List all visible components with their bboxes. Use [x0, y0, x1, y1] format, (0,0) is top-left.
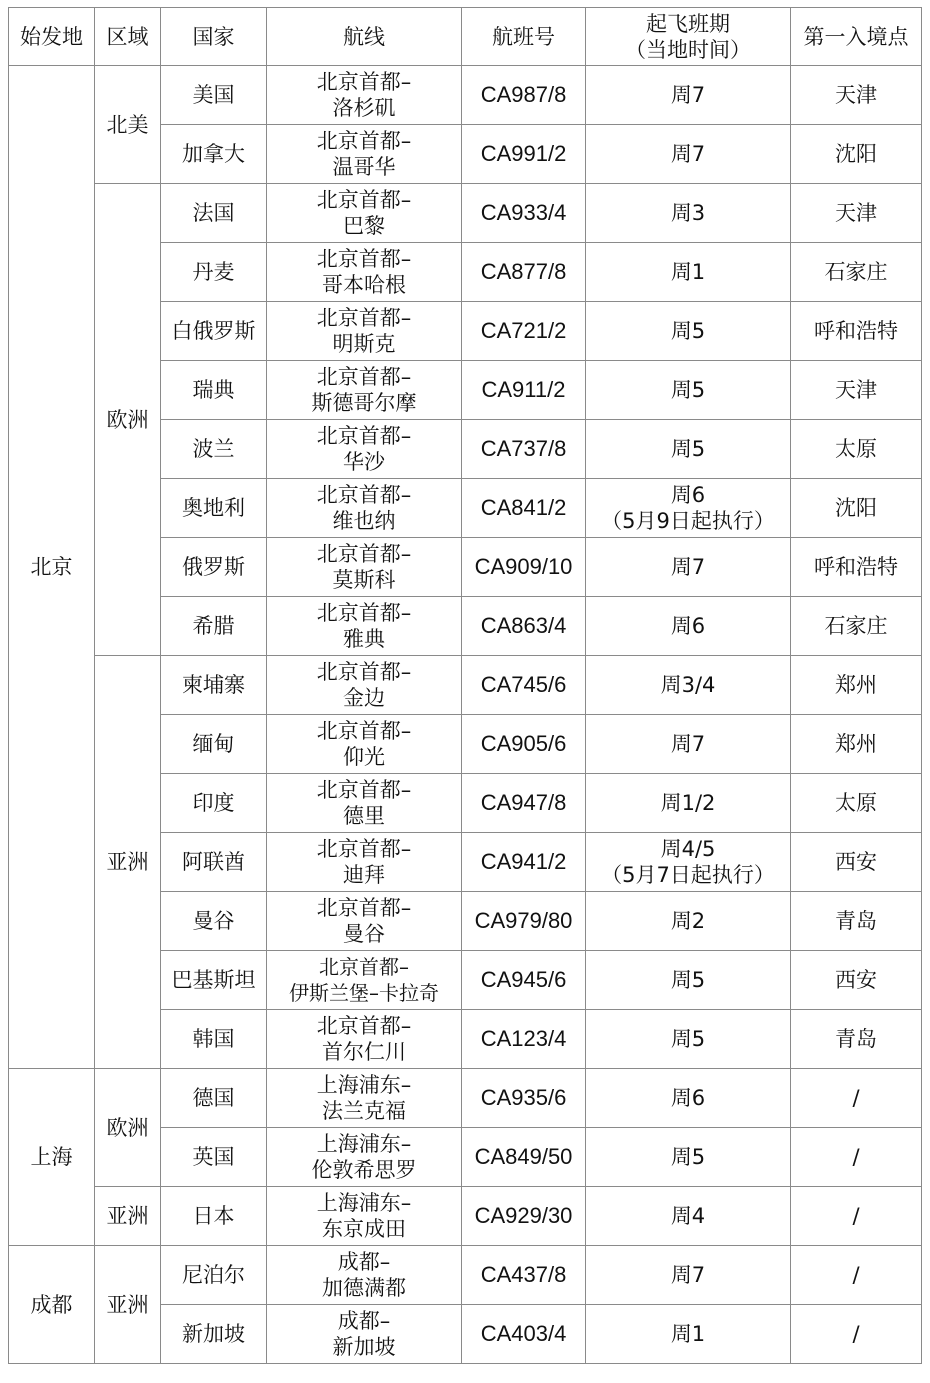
- schedule-cell: 周4: [586, 1187, 791, 1246]
- schedule-cell: 周7: [586, 66, 791, 125]
- flight-schedule-table-wrapper: 始发地 区域 国家 航线 航班号 起飞班期 （当地时间） 第一入境点 北京北美美…: [8, 7, 922, 1364]
- origin-cell: 上海: [9, 1069, 95, 1246]
- route-to: 伦敦希思罗: [269, 1157, 459, 1183]
- route-to: 德里: [269, 803, 459, 829]
- first-entry-cell: /: [791, 1246, 922, 1305]
- schedule-days: 周4/5: [588, 836, 788, 862]
- table-row: 亚洲日本上海浦东–东京成田CA929/30周4/: [9, 1187, 922, 1246]
- schedule-cell: 周5: [586, 302, 791, 361]
- schedule-days: 周5: [588, 1144, 788, 1170]
- route-from: 北京首都–: [269, 541, 459, 567]
- schedule-cell: 周5: [586, 1128, 791, 1187]
- flight-number-cell: CA721/2: [462, 302, 586, 361]
- schedule-days: 周5: [588, 1026, 788, 1052]
- route-to: 温哥华: [269, 154, 459, 180]
- schedule-cell: 周3/4: [586, 656, 791, 715]
- schedule-days: 周7: [588, 731, 788, 757]
- route-cell: 上海浦东–伦敦希思罗: [267, 1128, 462, 1187]
- route-from: 北京首都–: [269, 187, 459, 213]
- schedule-days: 周5: [588, 318, 788, 344]
- country-cell: 阿联酋: [161, 833, 267, 892]
- schedule-cell: 周3: [586, 184, 791, 243]
- route-cell: 北京首都–斯德哥尔摩: [267, 361, 462, 420]
- header-region: 区域: [95, 8, 161, 66]
- schedule-cell: 周1: [586, 1305, 791, 1364]
- route-from: 北京首都–: [269, 482, 459, 508]
- header-schedule-line1: 起飞班期: [588, 11, 788, 37]
- flight-number-cell: CA933/4: [462, 184, 586, 243]
- flight-number-cell: CA863/4: [462, 597, 586, 656]
- country-cell: 波兰: [161, 420, 267, 479]
- route-to: 雅典: [269, 626, 459, 652]
- flight-number-cell: CA841/2: [462, 479, 586, 538]
- first-entry-cell: 青岛: [791, 1010, 922, 1069]
- first-entry-cell: 西安: [791, 951, 922, 1010]
- country-cell: 曼谷: [161, 892, 267, 951]
- flight-number-cell: CA987/8: [462, 66, 586, 125]
- route-to: 曼谷: [269, 921, 459, 947]
- route-to: 加德满都: [269, 1275, 459, 1301]
- schedule-days: 周6: [588, 613, 788, 639]
- first-entry-cell: 天津: [791, 184, 922, 243]
- route-cell: 北京首都–伊斯兰堡–卡拉奇: [267, 951, 462, 1010]
- country-cell: 巴基斯坦: [161, 951, 267, 1010]
- table-row: 上海欧洲德国上海浦东–法兰克福CA935/6周6/: [9, 1069, 922, 1128]
- schedule-cell: 周2: [586, 892, 791, 951]
- route-to: 迪拜: [269, 862, 459, 888]
- route-cell: 北京首都–德里: [267, 774, 462, 833]
- route-cell: 北京首都–哥本哈根: [267, 243, 462, 302]
- flight-number-cell: CA991/2: [462, 125, 586, 184]
- country-cell: 俄罗斯: [161, 538, 267, 597]
- country-cell: 尼泊尔: [161, 1246, 267, 1305]
- route-from: 北京首都–: [269, 128, 459, 154]
- route-from: 北京首都–: [269, 659, 459, 685]
- schedule-days: 周4: [588, 1203, 788, 1229]
- flight-schedule-table: 始发地 区域 国家 航线 航班号 起飞班期 （当地时间） 第一入境点 北京北美美…: [8, 7, 922, 1364]
- route-to: 首尔仁川: [269, 1039, 459, 1065]
- first-entry-cell: 沈阳: [791, 479, 922, 538]
- route-to: 东京成田: [269, 1216, 459, 1242]
- route-cell: 北京首都–洛杉矶: [267, 66, 462, 125]
- route-cell: 上海浦东–东京成田: [267, 1187, 462, 1246]
- schedule-cell: 周6（5月9日起执行）: [586, 479, 791, 538]
- schedule-cell: 周1: [586, 243, 791, 302]
- first-entry-cell: 沈阳: [791, 125, 922, 184]
- first-entry-cell: 太原: [791, 420, 922, 479]
- schedule-days: 周2: [588, 908, 788, 934]
- schedule-days: 周7: [588, 141, 788, 167]
- country-cell: 英国: [161, 1128, 267, 1187]
- schedule-days: 周3/4: [588, 672, 788, 698]
- header-country: 国家: [161, 8, 267, 66]
- route-cell: 北京首都–首尔仁川: [267, 1010, 462, 1069]
- route-from: 北京首都–: [269, 69, 459, 95]
- schedule-cell: 周6: [586, 1069, 791, 1128]
- country-cell: 美国: [161, 66, 267, 125]
- region-cell: 欧洲: [95, 184, 161, 656]
- flight-number-cell: CA909/10: [462, 538, 586, 597]
- country-cell: 白俄罗斯: [161, 302, 267, 361]
- first-entry-cell: 呼和浩特: [791, 538, 922, 597]
- header-schedule: 起飞班期 （当地时间）: [586, 8, 791, 66]
- route-from: 北京首都–: [269, 246, 459, 272]
- route-from: 北京首都–: [269, 1013, 459, 1039]
- schedule-days: 周1: [588, 259, 788, 285]
- route-cell: 上海浦东–法兰克福: [267, 1069, 462, 1128]
- route-from: 上海浦东–: [269, 1190, 459, 1216]
- region-cell: 亚洲: [95, 656, 161, 1069]
- flight-number-cell: CA123/4: [462, 1010, 586, 1069]
- schedule-cell: 周5: [586, 951, 791, 1010]
- route-from: 成都–: [269, 1249, 459, 1275]
- schedule-note: （5月7日起执行）: [588, 862, 788, 888]
- header-origin: 始发地: [9, 8, 95, 66]
- route-cell: 北京首都–曼谷: [267, 892, 462, 951]
- route-from: 北京首都–: [269, 364, 459, 390]
- first-entry-cell: 天津: [791, 361, 922, 420]
- route-cell: 北京首都–华沙: [267, 420, 462, 479]
- route-to: 巴黎: [269, 213, 459, 239]
- route-from: 北京首都–: [269, 718, 459, 744]
- flight-number-cell: CA737/8: [462, 420, 586, 479]
- route-from: 北京首都–: [269, 777, 459, 803]
- table-row: 成都亚洲尼泊尔成都–加德满都CA437/8周7/: [9, 1246, 922, 1305]
- first-entry-cell: /: [791, 1187, 922, 1246]
- route-cell: 北京首都–明斯克: [267, 302, 462, 361]
- first-entry-cell: 呼和浩特: [791, 302, 922, 361]
- route-from: 北京首都–: [269, 600, 459, 626]
- table-row: 亚洲柬埔寨北京首都–金边CA745/6周3/4郑州: [9, 656, 922, 715]
- route-to: 明斯克: [269, 331, 459, 357]
- route-cell: 成都–新加坡: [267, 1305, 462, 1364]
- schedule-cell: 周7: [586, 125, 791, 184]
- country-cell: 缅甸: [161, 715, 267, 774]
- header-row: 始发地 区域 国家 航线 航班号 起飞班期 （当地时间） 第一入境点: [9, 8, 922, 66]
- schedule-cell: 周5: [586, 361, 791, 420]
- route-to: 维也纳: [269, 508, 459, 534]
- country-cell: 德国: [161, 1069, 267, 1128]
- route-from: 成都–: [269, 1308, 459, 1334]
- route-from: 北京首都–: [269, 895, 459, 921]
- route-to: 洛杉矶: [269, 95, 459, 121]
- schedule-days: 周7: [588, 1262, 788, 1288]
- region-cell: 北美: [95, 66, 161, 184]
- route-from: 北京首都–: [269, 305, 459, 331]
- flight-number-cell: CA935/6: [462, 1069, 586, 1128]
- schedule-days: 周3: [588, 200, 788, 226]
- region-cell: 欧洲: [95, 1069, 161, 1187]
- route-to: 莫斯科: [269, 567, 459, 593]
- schedule-days: 周1: [588, 1321, 788, 1347]
- route-cell: 北京首都–雅典: [267, 597, 462, 656]
- schedule-cell: 周7: [586, 538, 791, 597]
- route-to: 法兰克福: [269, 1098, 459, 1124]
- route-to: 哥本哈根: [269, 272, 459, 298]
- first-entry-cell: 西安: [791, 833, 922, 892]
- schedule-cell: 周5: [586, 1010, 791, 1069]
- first-entry-cell: 天津: [791, 66, 922, 125]
- country-cell: 加拿大: [161, 125, 267, 184]
- first-entry-cell: /: [791, 1128, 922, 1187]
- country-cell: 丹麦: [161, 243, 267, 302]
- schedule-cell: 周1/2: [586, 774, 791, 833]
- schedule-cell: 周4/5（5月7日起执行）: [586, 833, 791, 892]
- first-entry-cell: 青岛: [791, 892, 922, 951]
- schedule-days: 周5: [588, 377, 788, 403]
- route-from: 北京首都–: [269, 954, 459, 980]
- route-from: 北京首都–: [269, 423, 459, 449]
- country-cell: 瑞典: [161, 361, 267, 420]
- first-entry-cell: 太原: [791, 774, 922, 833]
- origin-cell: 成都: [9, 1246, 95, 1364]
- table-row: 欧洲法国北京首都–巴黎CA933/4周3天津: [9, 184, 922, 243]
- schedule-days: 周6: [588, 482, 788, 508]
- schedule-cell: 周6: [586, 597, 791, 656]
- flight-number-cell: CA947/8: [462, 774, 586, 833]
- route-to: 新加坡: [269, 1334, 459, 1360]
- flight-number-cell: CA849/50: [462, 1128, 586, 1187]
- route-to: 仰光: [269, 744, 459, 770]
- route-cell: 北京首都–仰光: [267, 715, 462, 774]
- schedule-cell: 周7: [586, 715, 791, 774]
- schedule-days: 周5: [588, 967, 788, 993]
- region-cell: 亚洲: [95, 1187, 161, 1246]
- flight-number-cell: CA745/6: [462, 656, 586, 715]
- route-cell: 北京首都–温哥华: [267, 125, 462, 184]
- route-to: 伊斯兰堡–卡拉奇: [269, 980, 459, 1006]
- flight-number-cell: CA929/30: [462, 1187, 586, 1246]
- first-entry-cell: 石家庄: [791, 243, 922, 302]
- schedule-cell: 周7: [586, 1246, 791, 1305]
- route-cell: 成都–加德满都: [267, 1246, 462, 1305]
- route-from: 上海浦东–: [269, 1131, 459, 1157]
- country-cell: 印度: [161, 774, 267, 833]
- schedule-days: 周5: [588, 436, 788, 462]
- route-from: 上海浦东–: [269, 1072, 459, 1098]
- first-entry-cell: /: [791, 1069, 922, 1128]
- country-cell: 希腊: [161, 597, 267, 656]
- route-to: 斯德哥尔摩: [269, 390, 459, 416]
- country-cell: 日本: [161, 1187, 267, 1246]
- header-flight-no: 航班号: [462, 8, 586, 66]
- country-cell: 法国: [161, 184, 267, 243]
- country-cell: 奥地利: [161, 479, 267, 538]
- header-first-entry: 第一入境点: [791, 8, 922, 66]
- flight-number-cell: CA945/6: [462, 951, 586, 1010]
- flight-number-cell: CA905/6: [462, 715, 586, 774]
- schedule-note: （5月9日起执行）: [588, 508, 788, 534]
- first-entry-cell: 郑州: [791, 656, 922, 715]
- header-route: 航线: [267, 8, 462, 66]
- schedule-days: 周6: [588, 1085, 788, 1111]
- route-cell: 北京首都–巴黎: [267, 184, 462, 243]
- schedule-cell: 周5: [586, 420, 791, 479]
- route-from: 北京首都–: [269, 836, 459, 862]
- country-cell: 柬埔寨: [161, 656, 267, 715]
- schedule-days: 周7: [588, 554, 788, 580]
- country-cell: 韩国: [161, 1010, 267, 1069]
- flight-number-cell: CA877/8: [462, 243, 586, 302]
- schedule-days: 周1/2: [588, 790, 788, 816]
- table-row: 北京北美美国北京首都–洛杉矶CA987/8周7天津: [9, 66, 922, 125]
- flight-number-cell: CA979/80: [462, 892, 586, 951]
- country-cell: 新加坡: [161, 1305, 267, 1364]
- schedule-days: 周7: [588, 82, 788, 108]
- route-cell: 北京首都–维也纳: [267, 479, 462, 538]
- route-cell: 北京首都–金边: [267, 656, 462, 715]
- flight-number-cell: CA403/4: [462, 1305, 586, 1364]
- route-to: 华沙: [269, 449, 459, 475]
- origin-cell: 北京: [9, 66, 95, 1069]
- header-schedule-line2: （当地时间）: [588, 37, 788, 63]
- first-entry-cell: 石家庄: [791, 597, 922, 656]
- flight-number-cell: CA941/2: [462, 833, 586, 892]
- route-to: 金边: [269, 685, 459, 711]
- flight-number-cell: CA911/2: [462, 361, 586, 420]
- route-cell: 北京首都–莫斯科: [267, 538, 462, 597]
- region-cell: 亚洲: [95, 1246, 161, 1364]
- flight-number-cell: CA437/8: [462, 1246, 586, 1305]
- route-cell: 北京首都–迪拜: [267, 833, 462, 892]
- first-entry-cell: 郑州: [791, 715, 922, 774]
- first-entry-cell: /: [791, 1305, 922, 1364]
